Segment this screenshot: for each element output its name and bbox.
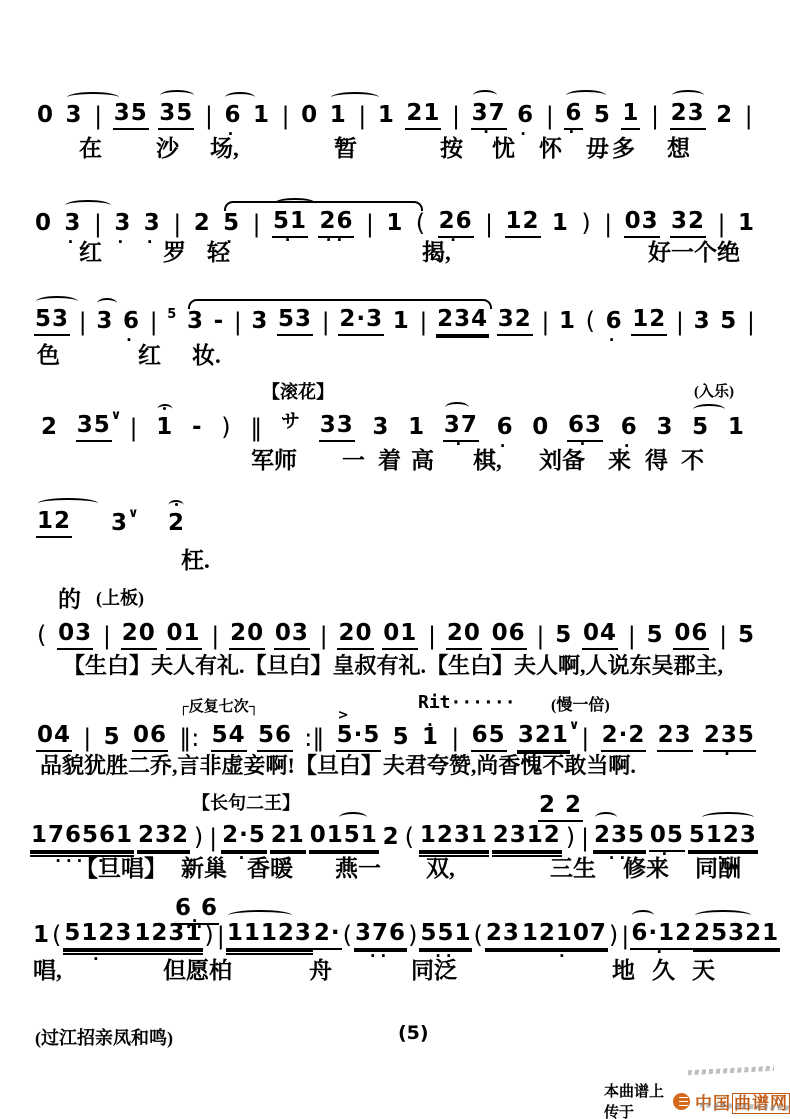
note-text: 3	[251, 308, 268, 334]
note-token: 20	[337, 622, 373, 650]
note-token: 33	[319, 414, 355, 442]
lyric-text: 罗	[163, 240, 186, 265]
note-token: 2312	[492, 824, 562, 852]
barline: |	[603, 212, 613, 238]
note-token: 0	[300, 104, 319, 130]
note-text: |	[94, 210, 102, 238]
barline: |	[545, 104, 555, 130]
note-token: 0	[531, 416, 550, 442]
note-text: 5	[738, 622, 755, 648]
note-text: ‖:	[179, 724, 199, 752]
note-token: 03	[624, 210, 660, 238]
note-token: 5	[593, 104, 612, 130]
barline: |	[204, 104, 214, 130]
upload-note-label: 本曲谱上传于	[604, 1080, 668, 1119]
note-token: 5	[719, 310, 738, 336]
note-token: 05·	[649, 824, 685, 852]
lyric-text: 毋	[586, 136, 609, 161]
lyric-text: 怀	[539, 136, 562, 161]
note-text: |	[173, 210, 181, 238]
note-token: 2	[715, 104, 734, 130]
note-token: 235·	[703, 724, 756, 752]
barline: |	[746, 310, 756, 336]
note-text: 53	[278, 306, 312, 332]
low-octave-dots: ··	[318, 238, 354, 243]
barline: |	[744, 104, 754, 130]
note-text: 32	[498, 306, 532, 332]
note-text: 0	[301, 102, 318, 128]
note-text: |	[205, 102, 213, 130]
note-token: 37·	[443, 414, 479, 442]
note-token: 5	[166, 310, 178, 336]
note-text: ‖	[250, 414, 262, 442]
note-token: 6·	[564, 102, 583, 130]
barline: |	[281, 104, 291, 130]
note-token: 232	[137, 824, 190, 852]
annotation-label: (入乐)	[694, 384, 734, 401]
low-octave-dots: ·	[567, 442, 603, 447]
note-text: 5	[647, 622, 664, 648]
barline: |	[102, 624, 112, 650]
note-token: 3·	[143, 212, 162, 238]
note-token: 04	[36, 724, 72, 752]
note-text: 03	[275, 620, 309, 646]
lyric-text: 不	[681, 448, 704, 473]
note-text: 20	[338, 620, 372, 646]
note-text: |	[103, 622, 111, 650]
note-text: |	[541, 308, 549, 336]
lyric-text: 忧	[492, 136, 515, 161]
note-text: )	[609, 921, 619, 949]
note-text: 35	[114, 100, 148, 126]
note-token: 35∨	[76, 414, 112, 442]
lyric-text: 得	[645, 448, 668, 473]
note-token: 12	[505, 210, 541, 238]
note-token: 0	[36, 104, 55, 130]
low-octave-dots: ·	[272, 238, 308, 243]
note-text: 5	[555, 622, 572, 648]
note-text: 376	[355, 920, 406, 946]
paren: )	[193, 825, 205, 852]
note-text: |	[536, 622, 544, 650]
note-text: 5	[720, 308, 737, 334]
note-token: 01	[166, 622, 202, 650]
barline: :‖	[303, 726, 325, 752]
lyric-text: 色	[37, 343, 60, 368]
lyric-text: 按	[440, 136, 463, 161]
barline: |	[675, 310, 685, 336]
paren: (	[404, 825, 416, 852]
barline: |	[484, 212, 494, 238]
note-token: 63·	[567, 414, 603, 442]
note-text: -	[214, 308, 225, 334]
note-text: 5123	[64, 920, 132, 946]
note-text: 1	[393, 308, 410, 334]
note-text: |	[581, 724, 589, 752]
barline: |	[172, 212, 182, 238]
barline: |	[128, 416, 138, 442]
note-token: 32	[497, 308, 533, 336]
note-text: |	[745, 102, 753, 130]
note-text: |	[234, 308, 242, 336]
note-text: 06	[133, 722, 167, 748]
note-text: 23	[658, 722, 692, 748]
breath-mark: ∨	[111, 409, 123, 422]
lyric-text: 好一个绝	[648, 240, 740, 265]
note-text: |	[366, 210, 374, 238]
note-token: 20	[121, 622, 157, 650]
note-token: 12107·	[521, 922, 608, 950]
note-token: 2	[382, 826, 401, 852]
note-text: |	[747, 308, 755, 336]
note-text: 2	[716, 102, 733, 128]
annotation-label: 【滚花】	[262, 383, 334, 403]
note-token: 53	[34, 308, 70, 336]
note-text: 33	[320, 412, 354, 438]
note-text: 1	[253, 102, 270, 128]
note-token: 2·2	[601, 724, 647, 752]
low-octave-dots: ·	[564, 130, 583, 135]
music-line-line7: 04|506‖:5456:‖5·5>51·|65321∨|2·223235·	[36, 724, 756, 752]
note-token: 5	[554, 624, 573, 650]
note-text: サ	[281, 411, 301, 432]
note-token: 23	[485, 922, 521, 950]
paren: )	[407, 923, 419, 950]
sheet-music-page: 03|3535|6·1|01|121|37·6·|6·51|232|03·|3·…	[0, 0, 790, 1119]
note-token: 26·	[438, 210, 474, 238]
breath-mark: ∨	[128, 507, 140, 520]
note-token: 6·	[223, 104, 242, 130]
annotation-label: 的	[58, 587, 81, 612]
note-text: |	[651, 102, 659, 130]
note-token: 1	[551, 212, 570, 238]
music-line-line8-overlay: 2 2	[538, 794, 584, 822]
note-text: 0	[37, 102, 54, 128]
note-text: 235	[594, 822, 645, 848]
note-token: 1	[407, 416, 426, 442]
note-text: 3	[96, 308, 113, 334]
lyric-text: 来	[608, 448, 631, 473]
note-text: 2	[194, 210, 211, 236]
note-token: 03	[57, 622, 93, 650]
note-token: 1	[621, 102, 640, 130]
barline: |	[535, 624, 545, 650]
note-text: )	[204, 921, 214, 949]
lyric-text: 棋,	[473, 448, 502, 473]
lyric-text: 但愿柏	[163, 958, 232, 983]
site-brand-row: 本曲谱上传于 中国曲谱网	[604, 1080, 790, 1119]
note-text: |	[322, 308, 330, 336]
note-text: 23	[486, 920, 520, 946]
annotation-label: (上板)	[96, 589, 144, 609]
note-text: |	[581, 824, 589, 852]
music-line-line3: 53|36·|53-|353|2·31|23432|1(6·12|35|	[34, 308, 756, 336]
note-token: 6·	[496, 416, 515, 442]
barline: |	[93, 212, 103, 238]
note-token: 2	[40, 416, 59, 442]
note-text: 1	[330, 102, 347, 128]
note-text: 176561	[31, 822, 133, 848]
paren: )	[608, 923, 620, 950]
lyric-text: 想	[667, 136, 690, 161]
note-text: |	[253, 210, 261, 238]
low-octave-dots: ·	[516, 132, 535, 137]
note-text: |	[621, 922, 629, 950]
note-token: 3∨	[110, 512, 129, 538]
note-text: 551	[420, 920, 471, 946]
paren: )	[565, 825, 577, 852]
note-text: 23	[671, 100, 705, 126]
lyric-text: 新巢	[181, 856, 227, 881]
music-line-line9: 1(5123·1231·)|111232·(376··)551··(231210…	[32, 922, 758, 950]
low-octave-dots: ·	[630, 950, 693, 955]
lyric-text: 场,	[210, 136, 239, 161]
barline: |	[78, 310, 88, 336]
barline: |	[540, 310, 550, 336]
note-token: 2	[193, 212, 212, 238]
note-token: 1231	[419, 824, 489, 852]
music-line-line8: 176561·····232)|2·5·2101512(12312312)|23…	[30, 824, 758, 852]
note-text: |	[428, 622, 436, 650]
note-token: 5123·	[63, 922, 133, 950]
note-text: 1	[156, 414, 173, 440]
note-text: 232	[138, 822, 189, 848]
note-token: 5	[646, 624, 665, 650]
note-token: 5	[103, 726, 122, 752]
lyric-text: 红	[138, 343, 161, 368]
note-token: 01	[382, 622, 418, 650]
barline: |	[357, 104, 367, 130]
note-text: 03	[625, 208, 659, 234]
barline: |	[580, 726, 590, 752]
note-text: 32	[671, 208, 705, 234]
barline: |	[365, 212, 375, 238]
note-token: 1	[737, 212, 756, 238]
paren: (	[342, 923, 354, 950]
note-token: 235··	[593, 824, 646, 852]
low-octave-dots: ·	[605, 338, 624, 343]
note-text: |	[94, 102, 102, 130]
paren: (	[51, 923, 63, 950]
barline: |	[252, 212, 262, 238]
lyric-text: 【旦唱】	[75, 856, 167, 881]
note-text: -	[192, 414, 203, 440]
paren: (	[415, 211, 427, 238]
note-text: 04	[37, 722, 71, 748]
note-text: |	[129, 414, 137, 442]
lyric-text: 双,	[426, 856, 455, 881]
note-token: 6·	[605, 310, 624, 336]
lyric-text: 在	[79, 136, 102, 161]
note-token: 5123·	[688, 824, 758, 852]
fermata-mark	[157, 404, 172, 414]
note-token: 5·5>	[336, 724, 382, 752]
note-token: 6·	[516, 104, 535, 130]
note-token: 35	[113, 102, 149, 130]
note-token: 1	[727, 416, 746, 442]
note-token: 2·5·	[221, 824, 267, 852]
footer-piece-title: (过江招亲凤和鸣)	[35, 1024, 173, 1050]
note-text: 53	[35, 306, 69, 332]
note-text: 12	[632, 306, 666, 332]
paren: (	[36, 623, 48, 650]
note-token: 3	[95, 310, 114, 336]
note-text: 1	[738, 210, 755, 236]
note-token: 21	[270, 824, 306, 852]
note-text: 1	[622, 100, 639, 126]
note-text: 2·2	[602, 722, 646, 748]
note-token: 53	[277, 308, 313, 336]
note-text: 5	[393, 724, 410, 750]
note-token: 51·	[272, 210, 308, 238]
lyric-text: 【生白】夫人有礼.【旦白】皇叔有礼.【生白】夫人啊,人说东吴郡主,	[63, 654, 723, 678]
music-line-line4: 235∨|1-)‖サ333137·6·063·6·351	[40, 414, 746, 442]
note-text: 3	[656, 414, 673, 440]
barline: |	[627, 624, 637, 650]
barline: ‖:	[178, 726, 200, 752]
note-token: 23	[670, 102, 706, 130]
note-text: 12107	[522, 920, 607, 946]
note-text: 04	[583, 620, 617, 646]
lyric-text: 暂	[334, 136, 357, 161]
barline: |	[216, 924, 226, 950]
lyric-text: 天	[692, 958, 715, 983]
note-text: |	[320, 622, 328, 650]
note-token: 321∨	[517, 724, 570, 752]
note-token: 06	[132, 724, 168, 752]
note-text: 5	[167, 307, 177, 322]
note-token: 3·	[63, 212, 82, 238]
note-text: )	[194, 823, 204, 851]
lyric-text: 高	[411, 448, 434, 473]
paren: )	[580, 211, 592, 238]
barline: |	[82, 726, 92, 752]
note-token: 1	[329, 104, 348, 130]
note-token: 56	[257, 724, 293, 752]
note-token: 3	[65, 104, 84, 130]
note-text: 25321	[694, 920, 779, 946]
note-token: 1	[252, 104, 271, 130]
note-text: (	[586, 307, 596, 335]
note-text: |	[79, 308, 87, 336]
note-token: 04	[582, 622, 618, 650]
note-text: 12	[506, 208, 540, 234]
lyric-text: 沙	[156, 136, 179, 161]
note-token: 21	[405, 102, 441, 130]
low-octave-dots: ·	[443, 442, 479, 447]
note-text: )	[221, 413, 231, 441]
note-text: 2312	[493, 822, 561, 848]
note-token: 25321	[693, 922, 780, 950]
note-text: 20	[447, 620, 481, 646]
note-token: 1	[392, 310, 411, 336]
breath-mark: ∨	[569, 719, 581, 732]
note-text: (	[52, 921, 62, 949]
note-text: |	[83, 724, 91, 752]
note-token: 3	[655, 416, 674, 442]
note-token: 551··	[419, 922, 472, 950]
note-text: |	[628, 622, 636, 650]
note-text: 234	[437, 306, 488, 332]
lyric-text: 香暖	[247, 856, 293, 881]
note-text: |	[452, 102, 460, 130]
note-token: 32	[670, 210, 706, 238]
note-text: )	[566, 823, 576, 851]
note-token: 5	[392, 726, 411, 752]
note-text: 1	[552, 210, 569, 236]
note-text: |	[209, 824, 217, 852]
note-token: 1	[32, 924, 51, 950]
note-text: 2	[383, 824, 400, 850]
paren: (	[585, 309, 597, 336]
music-line-line1: 03|3535|6·1|01|121|37·6·|6·51|232|	[36, 102, 754, 130]
watermark-scribble-top	[688, 1066, 774, 1075]
lyric-text: 舟	[309, 958, 332, 983]
note-text: 20	[230, 620, 264, 646]
note-text: 56	[258, 722, 292, 748]
note-token: 0	[34, 212, 53, 238]
note-text: 5	[594, 102, 611, 128]
note-text: |	[451, 724, 459, 752]
note-token: 5·	[222, 212, 241, 238]
note-text: |	[676, 308, 684, 336]
lyric-text: 多	[612, 136, 635, 161]
note-token: 3	[250, 310, 269, 336]
note-token: 11123	[226, 922, 313, 950]
note-text: 2·	[314, 920, 341, 946]
note-text: 5·5	[337, 722, 381, 748]
lyric-text: 揭,	[422, 240, 451, 265]
note-token: 6·12·	[630, 922, 693, 950]
note-text: 2	[41, 414, 58, 440]
note-token: 234	[436, 308, 489, 336]
note-token: 2·	[313, 922, 342, 950]
note-text: 321	[518, 722, 569, 748]
note-text: 5	[104, 724, 121, 750]
note-text: 3	[694, 308, 711, 334]
note-text: 1231	[420, 822, 488, 848]
note-token: 2 2	[538, 794, 583, 822]
note-text: (	[343, 921, 353, 949]
low-octave-dots: ·	[143, 240, 162, 245]
note-text: 01	[383, 620, 417, 646]
note-token: 2	[167, 512, 186, 538]
note-text: (	[37, 621, 47, 649]
note-text: 2 2	[539, 792, 582, 818]
note-token: 12	[36, 510, 72, 538]
note-text: 01	[167, 620, 201, 646]
low-octave-dots: ··	[354, 954, 407, 959]
note-text: 1	[408, 414, 425, 440]
barline: |	[210, 624, 220, 650]
low-octave-dots: ·	[63, 957, 133, 962]
annotation-label: (慢一倍)	[551, 697, 610, 715]
note-token: 3·	[113, 212, 132, 238]
note-text: 03	[58, 620, 92, 646]
note-text: |	[485, 210, 493, 238]
note-token: 6·	[620, 416, 639, 442]
lyric-text: 轻	[207, 240, 230, 265]
lyric-text: 燕一	[335, 856, 381, 881]
note-text: |	[217, 922, 225, 950]
lyric-text: 修来	[623, 856, 669, 881]
annotation-label: ┌反复七次┐	[178, 699, 259, 716]
lyric-text: 久	[652, 958, 675, 983]
note-token: 37·	[471, 102, 507, 130]
note-text: )	[581, 209, 591, 237]
note-token: 1	[385, 212, 404, 238]
lyric-text: 唱,	[33, 958, 62, 983]
